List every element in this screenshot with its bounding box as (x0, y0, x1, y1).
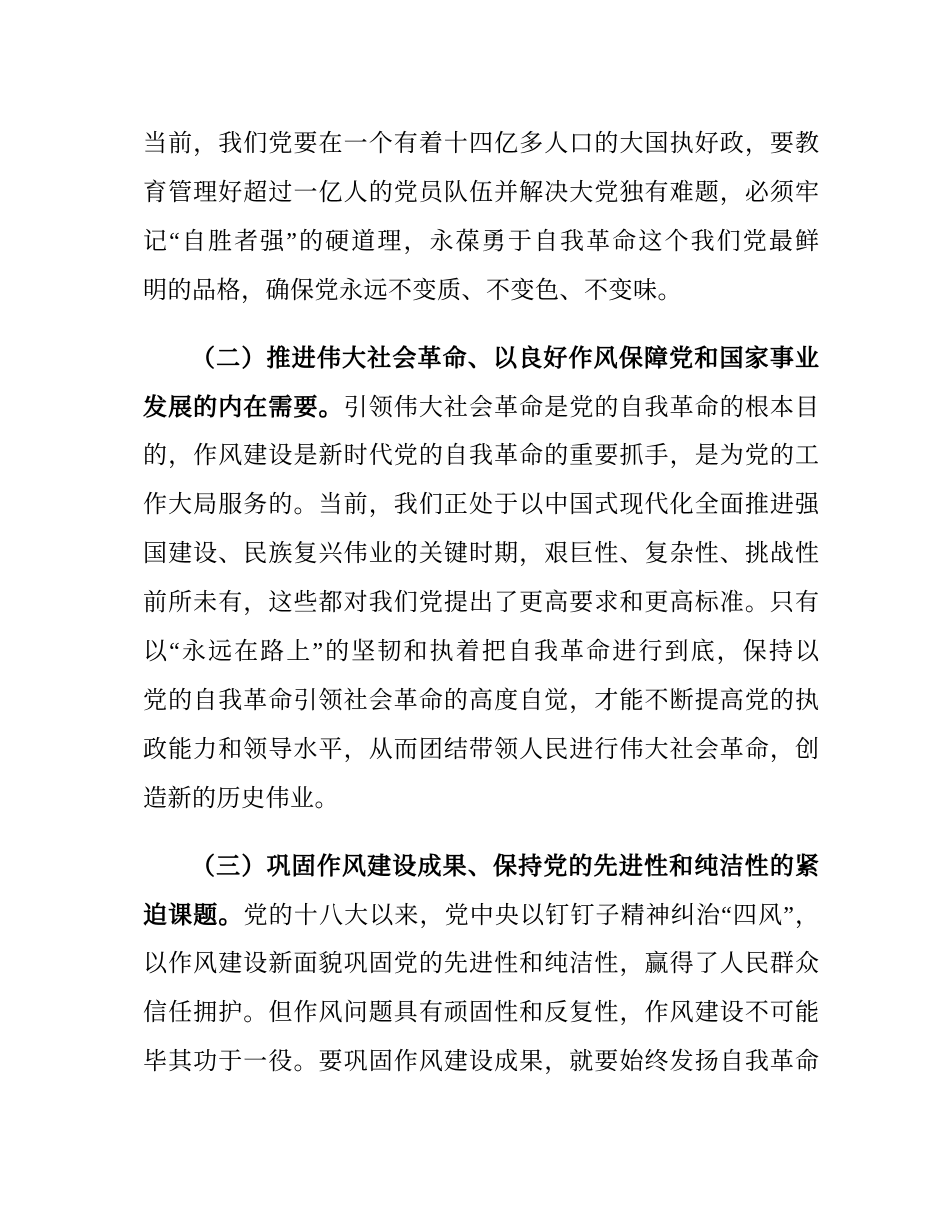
heading-text-run: 发展的内在需要。 (143, 394, 344, 421)
body-text-run: 毕其功于一役。要巩固作风建设成果，就要始终发扬自我革命 (143, 1049, 819, 1075)
body-text-run: 党的十八大以来，党中央以钉钉子精神纠治“四风”， (244, 903, 819, 929)
text-line: 明的品格，确保党永远不变质、不变色、不变味。 (143, 267, 819, 316)
text-line: 国建设、民族复兴伟业的关键时期，艰巨性、复杂性、挑战性 (143, 530, 819, 579)
body-text-run: 引领伟大社会革命是党的自我革命的根本目 (344, 395, 819, 421)
text-line: 前所未有，这些都对我们党提出了更高要求和更高标准。只有 (143, 579, 819, 628)
body-text-run: 造新的历史伟业。 (143, 786, 339, 812)
body-text-run: 的，作风建设是新时代党的自我革命的重要抓手，是为党的工 (143, 443, 819, 469)
body-text-run: 信任拥护。但作风问题具有顽固性和反复性，作风建设不可能 (143, 1000, 819, 1026)
body-text-run: 明的品格，确保党永远不变质、不变色、不变味。 (143, 278, 682, 304)
body-text-run: 当前，我们党要在一个有着十四亿多人口的大国执好政，要教 (143, 131, 819, 157)
text-line: 以作风建设新面貌巩固党的先进性和纯洁性，赢得了人民群众 (143, 940, 819, 989)
body-text-run: 政能力和领导水平，从而团结带领人民进行伟大社会革命，创 (143, 737, 819, 763)
text-line: 育管理好超过一亿人的党员队伍并解决大党独有难题，必须牢 (143, 169, 819, 218)
text-line: 的，作风建设是新时代党的自我革命的重要抓手，是为党的工 (143, 432, 819, 481)
text-line: （三）巩固作风建设成果、保持党的先进性和纯洁性的紧 (143, 842, 819, 891)
heading-text-run: （二）推进伟大社会革命、以良好作风保障党和国家事业 (191, 345, 819, 372)
text-line: 政能力和领导水平，从而团结带领人民进行伟大社会革命，创 (143, 726, 819, 775)
body-text-run: 前所未有，这些都对我们党提出了更高要求和更高标准。只有 (143, 590, 819, 616)
heading-text-run: 迫课题。 (143, 902, 244, 929)
body-text-run: 育管理好超过一亿人的党员队伍并解决大党独有难题，必须牢 (143, 180, 819, 206)
paragraph-section-3: （三）巩固作风建设成果、保持党的先进性和纯洁性的紧迫课题。党的十八大以来，党中央… (143, 842, 819, 1087)
document-body: 当前，我们党要在一个有着十四亿多人口的大国执好政，要教育管理好超过一亿人的党员队… (143, 120, 819, 1087)
text-line: 作大局服务的。当前，我们正处于以中国式现代化全面推进强 (143, 481, 819, 530)
text-line: 发展的内在需要。引领伟大社会革命是党的自我革命的根本目 (143, 383, 819, 432)
body-text-run: 党的自我革命引领社会革命的高度自觉，才能不断提高党的执 (143, 688, 819, 714)
text-line: 造新的历史伟业。 (143, 775, 819, 824)
text-line: 以“永远在路上”的坚韧和执着把自我革命进行到底，保持以 (143, 628, 819, 677)
text-line: 记“自胜者强”的硬道理，永葆勇于自我革命这个我们党最鲜 (143, 218, 819, 267)
text-line: 当前，我们党要在一个有着十四亿多人口的大国执好政，要教 (143, 120, 819, 169)
text-line: （二）推进伟大社会革命、以良好作风保障党和国家事业 (143, 334, 819, 383)
heading-text-run: （三）巩固作风建设成果、保持党的先进性和纯洁性的紧 (191, 853, 819, 880)
text-line: 信任拥护。但作风问题具有顽固性和反复性，作风建设不可能 (143, 989, 819, 1038)
body-text-run: 以“永远在路上”的坚韧和执着把自我革命进行到底，保持以 (143, 639, 819, 665)
paragraph-section-2: （二）推进伟大社会革命、以良好作风保障党和国家事业发展的内在需要。引领伟大社会革… (143, 334, 819, 824)
body-text-run: 国建设、民族复兴伟业的关键时期，艰巨性、复杂性、挑战性 (143, 541, 819, 567)
text-line: 毕其功于一役。要巩固作风建设成果，就要始终发扬自我革命 (143, 1038, 819, 1087)
document-page: 当前，我们党要在一个有着十四亿多人口的大国执好政，要教育管理好超过一亿人的党员队… (0, 0, 950, 1230)
body-text-run: 以作风建设新面貌巩固党的先进性和纯洁性，赢得了人民群众 (143, 951, 819, 977)
text-line: 党的自我革命引领社会革命的高度自觉，才能不断提高党的执 (143, 677, 819, 726)
paragraph-continuation: 当前，我们党要在一个有着十四亿多人口的大国执好政，要教育管理好超过一亿人的党员队… (143, 120, 819, 316)
body-text-run: 作大局服务的。当前，我们正处于以中国式现代化全面推进强 (143, 492, 819, 518)
text-line: 迫课题。党的十八大以来，党中央以钉钉子精神纠治“四风”， (143, 891, 819, 940)
body-text-run: 记“自胜者强”的硬道理，永葆勇于自我革命这个我们党最鲜 (143, 229, 819, 255)
